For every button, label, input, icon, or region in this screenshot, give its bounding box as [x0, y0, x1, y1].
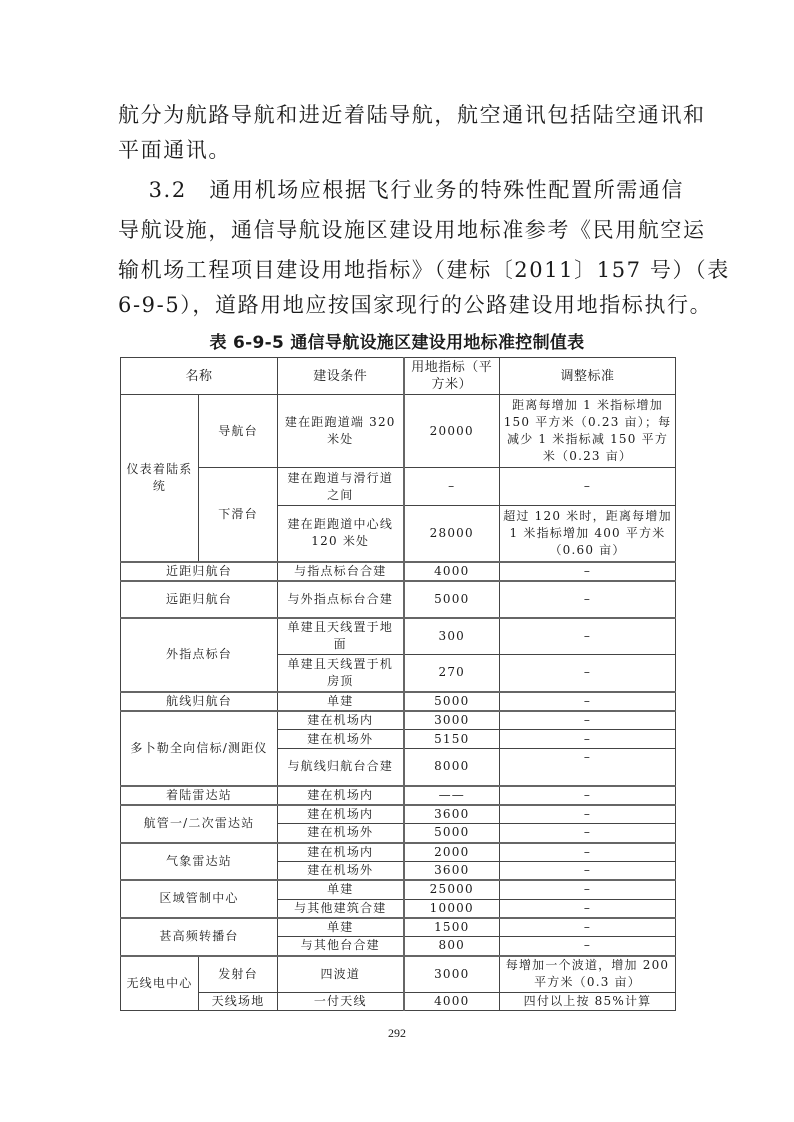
condition-cell: 建在机场内	[278, 805, 404, 824]
adjust-cell: –	[500, 730, 676, 749]
table-row: 航管一/二次雷达站 建在机场内 3600 –	[121, 805, 676, 824]
condition-cell: 建在机场外	[278, 824, 404, 843]
body-text-line: 导航设施，通信导航设施区建设用地标准参考《民用航空运	[118, 213, 680, 248]
group-name: 航管一/二次雷达站	[121, 805, 278, 843]
body-text-line: 6-9-5），道路用地应按国家现行的公路建设用地指标执行。	[118, 288, 680, 323]
area-cell: 10000	[404, 899, 500, 918]
header-area: 用地指标（平方米）	[404, 358, 500, 395]
body-text-line: 航分为航路导航和进近着陆导航，航空通讯包括陆空通讯和	[118, 98, 680, 133]
subgroup-name: 发射台	[199, 956, 278, 993]
area-cell: 5000	[404, 824, 500, 843]
table-row: 多卜勒全向信标/测距仪 建在机场内 3000 –	[121, 711, 676, 730]
group-name: 区域管制中心	[121, 880, 278, 918]
condition-cell: 四波道	[278, 956, 404, 993]
adjust-cell: –	[500, 655, 676, 692]
header-name: 名称	[121, 358, 278, 395]
adjust-cell: –	[500, 918, 676, 937]
table-row: 外指点标台 单建且天线置于地面 300 –	[121, 618, 676, 655]
table-row: 仪表着陆系统 导航台 建在距跑道端 320 米处 20000 距离每增加 1 米…	[121, 395, 676, 468]
header-condition: 建设条件	[278, 358, 404, 395]
adjust-cell: –	[500, 824, 676, 843]
area-cell: 3000	[404, 956, 500, 993]
adjust-cell: –	[500, 692, 676, 711]
subgroup-name: 导航台	[199, 395, 278, 468]
body-text-line: 平面通讯。	[118, 133, 680, 168]
area-cell: 4000	[404, 562, 500, 581]
area-cell: 5000	[404, 581, 500, 618]
area-cell: 800	[404, 937, 500, 956]
area-cell: 5000	[404, 692, 500, 711]
condition-cell: 与航线归航台合建	[278, 749, 404, 786]
condition-cell: 单建	[278, 918, 404, 937]
group-name: 仪表着陆系统	[121, 395, 199, 562]
group-name: 气象雷达站	[121, 843, 278, 881]
table-caption: 表 6-9-5 通信导航设施区建设用地标准控制值表	[0, 328, 794, 353]
area-cell: 5150	[404, 730, 500, 749]
group-name: 多卜勒全向信标/测距仪	[121, 711, 278, 786]
adjust-cell: –	[500, 581, 676, 618]
adjust-cell: –	[500, 562, 676, 581]
adjust-cell: –	[500, 899, 676, 918]
group-name: 近距归航台	[121, 562, 278, 581]
condition-cell: 建在机场内	[278, 843, 404, 862]
adjust-cell: 距离每增加 1 米指标增加 150 平方米（0.23 亩）；每减少 1 米指标减…	[500, 395, 676, 468]
table-row: 着陆雷达站 建在机场内 —— –	[121, 786, 676, 805]
condition-cell: 与其他台合建	[278, 937, 404, 956]
group-name: 外指点标台	[121, 618, 278, 692]
adjust-cell: –	[500, 843, 676, 862]
page-number: 292	[0, 1026, 794, 1041]
adjust-cell: –	[500, 861, 676, 880]
area-cell: 3600	[404, 861, 500, 880]
adjust-cell: 超过 120 米时，距离每增加 1 米指标增加 400 平方米（0.60 亩）	[500, 506, 676, 562]
adjust-cell: –	[500, 880, 676, 899]
condition-cell: 建在机场外	[278, 730, 404, 749]
condition-cell: 与指点标台合建	[278, 562, 404, 581]
adjust-cell: –	[500, 749, 676, 786]
group-name: 航线归航台	[121, 692, 278, 711]
area-cell: 300	[404, 618, 500, 655]
area-cell: 2000	[404, 843, 500, 862]
condition-cell: 建在距跑道端 320 米处	[278, 395, 404, 468]
area-cell: 20000	[404, 395, 500, 468]
area-cell: 4000	[404, 993, 500, 1011]
group-name: 着陆雷达站	[121, 786, 278, 805]
condition-cell: 单建	[278, 692, 404, 711]
area-cell: 3000	[404, 711, 500, 730]
area-cell: 25000	[404, 880, 500, 899]
group-name: 甚高频转播台	[121, 918, 278, 956]
table-row: 区域管制中心 单建 25000 –	[121, 880, 676, 899]
area-cell: 8000	[404, 749, 500, 786]
table-row: 甚高频转播台 单建 1500 –	[121, 918, 676, 937]
condition-cell: 单建且天线置于机房顶	[278, 655, 404, 692]
condition-cell: 建在机场内	[278, 711, 404, 730]
subgroup-name: 天线场地	[199, 993, 278, 1011]
adjust-cell: –	[500, 786, 676, 805]
subgroup-name: 下滑台	[199, 468, 278, 562]
adjust-cell: –	[500, 805, 676, 824]
table-row: 气象雷达站 建在机场内 2000 –	[121, 843, 676, 862]
area-cell: 1500	[404, 918, 500, 937]
table-row: 下滑台 建在跑道与滑行道之间 – –	[121, 468, 676, 506]
condition-cell: 单建且天线置于地面	[278, 618, 404, 655]
area-cell: –	[404, 468, 500, 506]
section-paragraph-3-2: 3.2 通用机场应根据飞行业务的特殊性配置所需通信	[126, 173, 688, 208]
land-use-standards-table: 名称 建设条件 用地指标（平方米） 调整标准 仪表着陆系统 导航台 建在距跑道端…	[120, 357, 676, 1011]
adjust-cell: –	[500, 618, 676, 655]
body-text-line: 输机场工程项目建设用地指标》（建标〔2011〕157 号）（表	[118, 253, 680, 288]
group-name: 远距归航台	[121, 581, 278, 618]
condition-cell: 建在跑道与滑行道之间	[278, 468, 404, 506]
table-header-row: 名称 建设条件 用地指标（平方米） 调整标准	[121, 358, 676, 395]
condition-cell: 与其他建筑合建	[278, 899, 404, 918]
group-name: 无线电中心	[121, 956, 199, 1011]
area-cell: ——	[404, 786, 500, 805]
header-adjust: 调整标准	[500, 358, 676, 395]
area-cell: 270	[404, 655, 500, 692]
condition-cell: 单建	[278, 880, 404, 899]
condition-cell: 建在机场外	[278, 861, 404, 880]
adjust-cell: 每增加一个波道，增加 200 平方米（0.3 亩）	[500, 956, 676, 993]
table-row: 天线场地 一付天线 4000 四付以上按 85%计算	[121, 993, 676, 1011]
condition-cell: 与外指点标台合建	[278, 581, 404, 618]
adjust-cell: –	[500, 937, 676, 956]
condition-cell: 建在机场内	[278, 786, 404, 805]
condition-cell: 建在距跑道中心线 120 米处	[278, 506, 404, 562]
adjust-cell: 四付以上按 85%计算	[500, 993, 676, 1011]
adjust-cell: –	[500, 711, 676, 730]
condition-cell: 一付天线	[278, 993, 404, 1011]
table-row: 航线归航台 单建 5000 –	[121, 692, 676, 711]
table-row: 近距归航台 与指点标台合建 4000 –	[121, 562, 676, 581]
table-row: 无线电中心 发射台 四波道 3000 每增加一个波道，增加 200 平方米（0.…	[121, 956, 676, 993]
table-row: 远距归航台 与外指点标台合建 5000 –	[121, 581, 676, 618]
area-cell: 3600	[404, 805, 500, 824]
adjust-cell: –	[500, 468, 676, 506]
area-cell: 28000	[404, 506, 500, 562]
